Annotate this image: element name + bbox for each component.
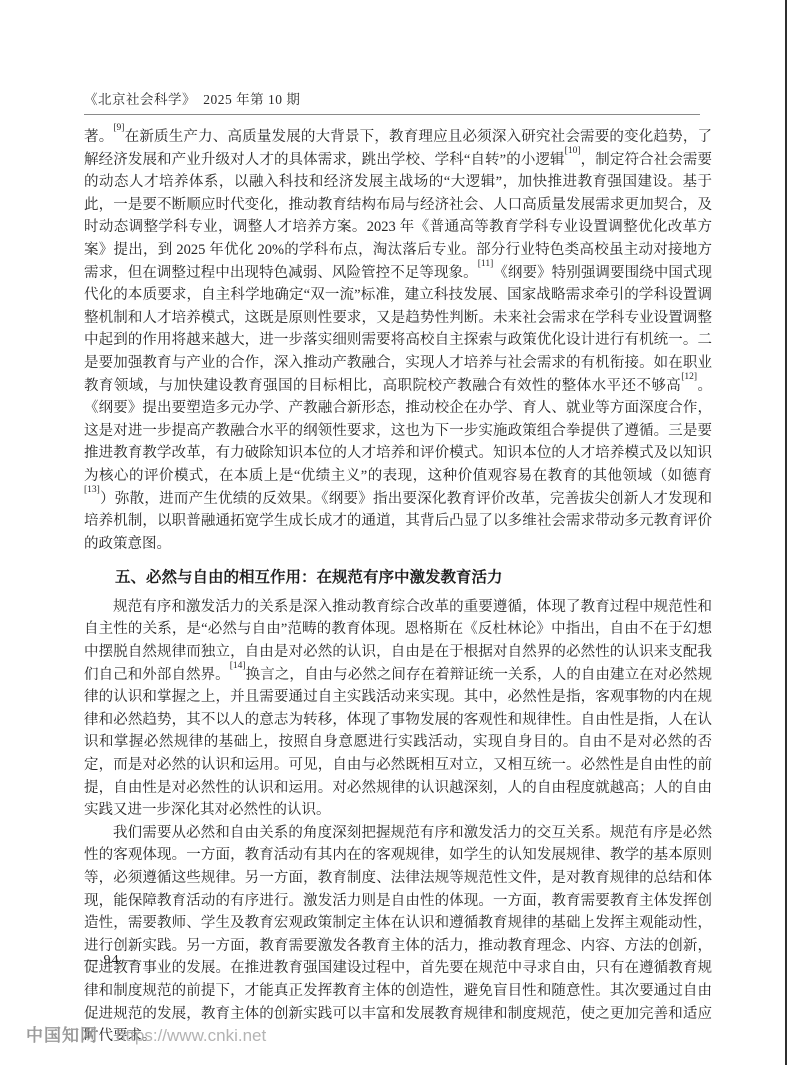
cnki-watermark-url: https://www.cnki.net xyxy=(116,1026,266,1046)
journal-issue-header: 《北京社会科学》 2025 年第 10 期 xyxy=(84,88,711,108)
citation-marker: [9] xyxy=(113,123,124,133)
body-paragraph: 规范有序和激发活力的关系是深入推动教育综合改革的重要遵循，体现了教育过程中规范性… xyxy=(84,596,712,822)
cnki-watermark-brand: 中国知网 xyxy=(26,1021,98,1046)
journal-page: 《北京社会科学》 2025 年第 10 期 著。[9]在新质生产力、高质量发展的… xyxy=(0,0,787,1065)
cnki-watermark: 中国知网 https://www.cnki.net xyxy=(26,1021,266,1046)
citation-marker: [12] xyxy=(681,372,697,382)
citation-marker: [10] xyxy=(565,146,581,156)
continuation-paragraph: 著。[9]在新质生产力、高质量发展的大背景下，教育理应且必须深入研究社会需要的变… xyxy=(84,126,712,555)
body-paragraph: 我们需要从必然和自由关系的角度深刻把握规范有序和激发活力的交互关系。规范有序是必… xyxy=(84,822,712,1048)
citation-marker: [11] xyxy=(478,259,493,269)
article-body: 著。[9]在新质生产力、高质量发展的大背景下，教育理应且必须深入研究社会需要的变… xyxy=(84,126,712,1048)
header-divider-rule xyxy=(84,114,700,115)
section-heading: 五、必然与自由的相互作用：在规范有序中激发教育活力 xyxy=(84,567,712,590)
citation-marker: [13] xyxy=(84,485,100,495)
citation-marker: [14] xyxy=(230,661,246,671)
page-number: — 94 — xyxy=(84,953,139,969)
